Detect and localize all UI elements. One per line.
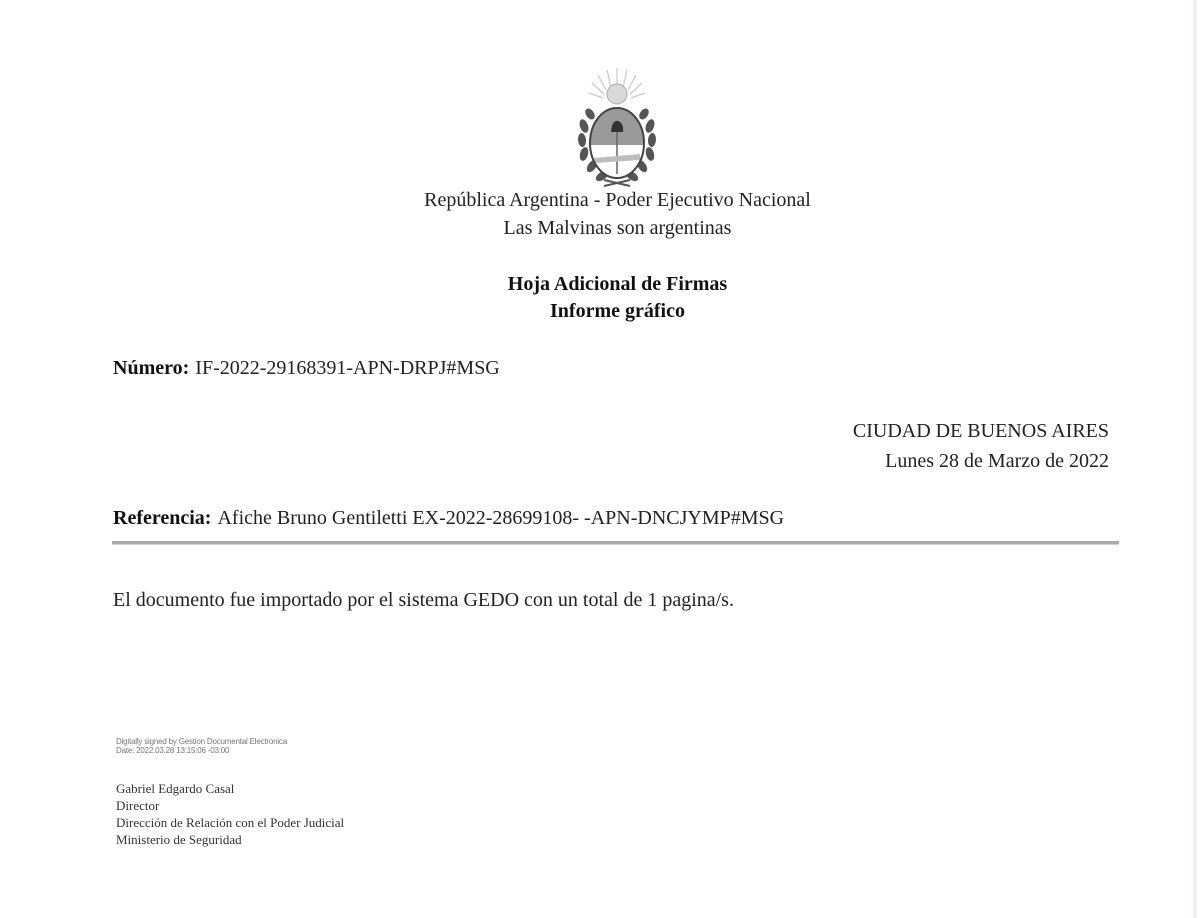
document-subtitle: Informe gráfico <box>0 300 1200 323</box>
signer-role: Director <box>116 797 344 814</box>
document-reference: Referencia:Afiche Bruno Gentiletti EX-20… <box>113 507 784 530</box>
header-government: República Argentina - Poder Ejecutivo Na… <box>0 189 1200 212</box>
horizontal-divider <box>112 541 1119 545</box>
location-city: CIUDAD DE BUENOS AIRES <box>853 420 1109 443</box>
digital-signature-stamp: Digitally signed by Gestion Documental E… <box>116 737 287 755</box>
signer-name: Gabriel Edgardo Casal <box>116 780 344 797</box>
header-slogan: Las Malvinas son argentinas <box>0 217 1200 240</box>
document-page: República Argentina - Poder Ejecutivo Na… <box>0 0 1193 918</box>
signer-office: Dirección de Relación con el Poder Judic… <box>116 814 344 831</box>
signer-block: Gabriel Edgardo Casal Director Dirección… <box>116 780 344 848</box>
body-text: El documento fue importado por el sistem… <box>113 589 734 612</box>
signer-ministry: Ministerio de Seguridad <box>116 831 344 848</box>
document-date: Lunes 28 de Marzo de 2022 <box>885 450 1109 473</box>
digital-signature-date: Date: 2022.03.28 13:15:06 -03:00 <box>116 746 287 755</box>
document-number-label: Número: <box>113 357 189 379</box>
digital-signature-by: Digitally signed by Gestion Documental E… <box>116 737 287 746</box>
document-title: Hoja Adicional de Firmas <box>0 273 1200 296</box>
document-reference-label: Referencia: <box>113 507 211 529</box>
page-edge-scrollbar <box>1193 0 1197 918</box>
document-number-value: IF-2022-29168391-APN-DRPJ#MSG <box>195 357 499 379</box>
coat-of-arms-icon <box>574 66 660 190</box>
document-reference-value: Afiche Bruno Gentiletti EX-2022-28699108… <box>217 507 784 529</box>
document-number: Número:IF-2022-29168391-APN-DRPJ#MSG <box>113 357 500 380</box>
